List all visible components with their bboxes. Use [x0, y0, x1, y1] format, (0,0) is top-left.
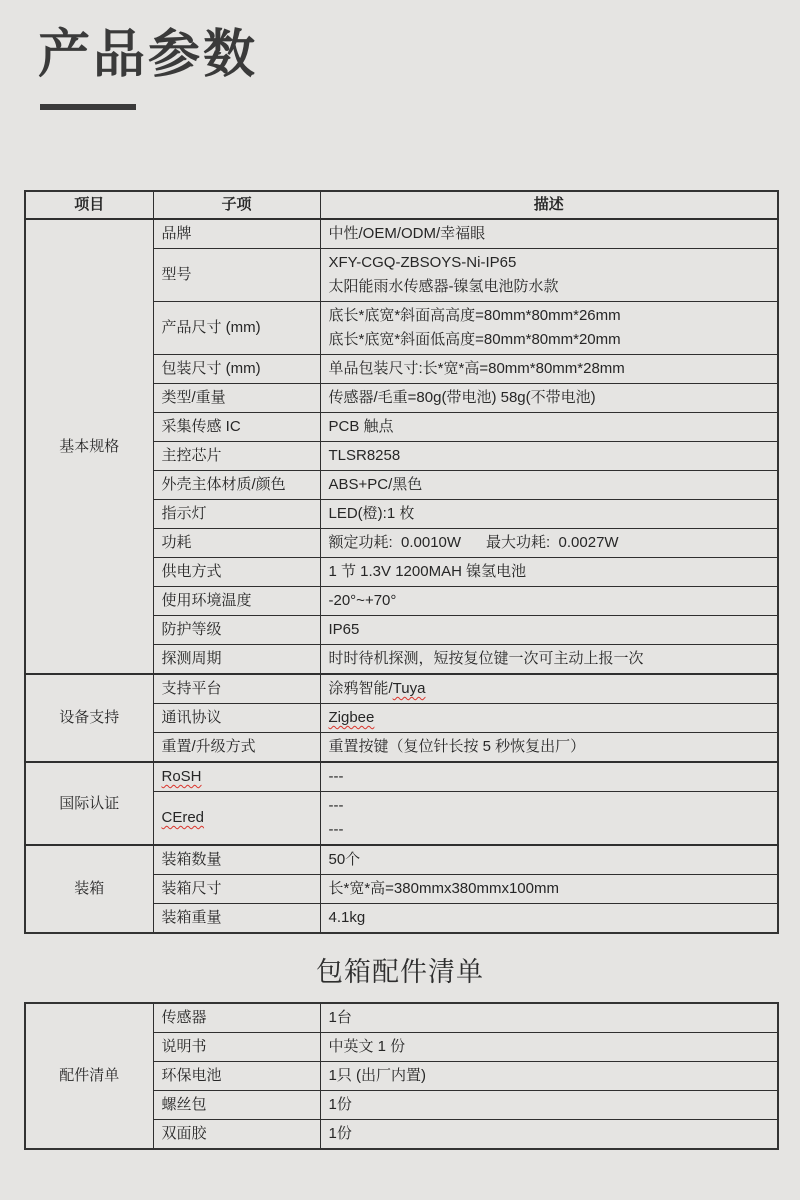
accessory-qty: 1台 [320, 1003, 778, 1033]
table-row: 配件清单 传感器 1台 [25, 1003, 778, 1033]
spec-subitem: 探测周期 [153, 645, 320, 675]
spec-subitem: 重置/升级方式 [153, 733, 320, 763]
spec-subitem: 装箱重量 [153, 904, 320, 934]
table-row: 装箱 装箱数量 50个 [25, 845, 778, 875]
accessory-name: 说明书 [153, 1033, 320, 1062]
spellcheck-word: Tuya [393, 680, 426, 697]
spec-desc: 长*宽*高=380mmx380mmx100mm [320, 875, 778, 904]
table-row: 基本规格 品牌 中性/OEM/ODM/幸福眼 [25, 219, 778, 249]
accessory-name: 螺丝包 [153, 1091, 320, 1120]
spec-header-row: 项目 子项 描述 [25, 191, 778, 219]
spec-desc: 底长*底宽*斜面高高度=80mm*80mm*26mm 底长*底宽*斜面低高度=8… [320, 302, 778, 355]
desc-text: 涂鸦智能/ [329, 680, 393, 697]
spec-desc: 传感器/毛重=80g(带电池) 58g(不带电池) [320, 384, 778, 413]
table-row: 设备支持 支持平台 涂鸦智能/Tuya [25, 674, 778, 704]
spec-desc: --- --- [320, 792, 778, 846]
spec-subitem: CEred [153, 792, 320, 846]
accessory-qty: 1份 [320, 1091, 778, 1120]
spec-desc: -20°~+70° [320, 587, 778, 616]
spec-desc: PCB 触点 [320, 413, 778, 442]
accessories-section-title: 包箱配件清单 [0, 956, 800, 988]
spec-desc: 单品包装尺寸:长*宽*高=80mm*80mm*28mm [320, 355, 778, 384]
spec-desc: 1 节 1.3V 1200MAH 镍氢电池 [320, 558, 778, 587]
spec-subitem: 使用环境温度 [153, 587, 320, 616]
spec-subitem: 装箱数量 [153, 845, 320, 875]
accessory-name: 传感器 [153, 1003, 320, 1033]
spec-subitem: 类型/重量 [153, 384, 320, 413]
col-header-subitem: 子项 [153, 191, 320, 219]
spec-subitem: 支持平台 [153, 674, 320, 704]
spec-subitem: RoSH [153, 762, 320, 792]
accessory-qty: 1份 [320, 1120, 778, 1150]
accessories-table: 配件清单 传感器 1台 说明书 中英文 1 份 环保电池 1只 (出厂内置) 螺… [24, 1002, 779, 1150]
group-label-accessories: 配件清单 [25, 1003, 153, 1149]
spellcheck-word: Zigbee [329, 709, 375, 726]
spec-subitem: 指示灯 [153, 500, 320, 529]
spec-desc: TLSR8258 [320, 442, 778, 471]
spec-desc: 时时待机探测，短按复位键一次可主动上报一次 [320, 645, 778, 675]
spec-subitem: 包装尺寸 (mm) [153, 355, 320, 384]
spec-desc: ABS+PC/黑色 [320, 471, 778, 500]
spec-desc: Zigbee [320, 704, 778, 733]
group-label-device-support: 设备支持 [25, 674, 153, 762]
spec-subitem: 功耗 [153, 529, 320, 558]
accessory-name: 双面胶 [153, 1120, 320, 1150]
product-parameters-page: 产品参数 项目 子项 描述 基本规格 品牌 中性/OEM/ODM/幸福眼 型号 … [0, 0, 800, 1200]
spellcheck-word: RoSH [162, 768, 202, 785]
spec-subitem: 外壳主体材质/颜色 [153, 471, 320, 500]
col-header-item: 项目 [25, 191, 153, 219]
title-underline [40, 104, 136, 110]
spec-desc: LED(橙):1 枚 [320, 500, 778, 529]
spec-subitem: 产品尺寸 (mm) [153, 302, 320, 355]
accessory-qty: 1只 (出厂内置) [320, 1062, 778, 1091]
spec-desc: --- [320, 762, 778, 792]
spec-subitem: 防护等级 [153, 616, 320, 645]
product-spec-table: 项目 子项 描述 基本规格 品牌 中性/OEM/ODM/幸福眼 型号 XFY-C… [24, 190, 779, 934]
spec-desc: IP65 [320, 616, 778, 645]
spellcheck-word: CEred [162, 809, 205, 826]
spec-desc: 中性/OEM/ODM/幸福眼 [320, 219, 778, 249]
spec-desc: XFY-CGQ-ZBSOYS-Ni-IP65 太阳能雨水传感器-镍氢电池防水款 [320, 249, 778, 302]
spec-subitem: 采集传感 IC [153, 413, 320, 442]
spec-subitem: 通讯协议 [153, 704, 320, 733]
table-row: 国际认证 RoSH --- [25, 762, 778, 792]
spec-desc: 涂鸦智能/Tuya [320, 674, 778, 704]
spec-subitem: 装箱尺寸 [153, 875, 320, 904]
group-label-packing: 装箱 [25, 845, 153, 933]
accessory-name: 环保电池 [153, 1062, 320, 1091]
spec-desc: 额定功耗: 0.0010W 最大功耗: 0.0027W [320, 529, 778, 558]
group-label-certifications: 国际认证 [25, 762, 153, 845]
spec-subitem: 主控芯片 [153, 442, 320, 471]
spec-subitem: 品牌 [153, 219, 320, 249]
page-title: 产品参数 [0, 0, 800, 86]
accessory-qty: 中英文 1 份 [320, 1033, 778, 1062]
spec-desc: 4.1kg [320, 904, 778, 934]
col-header-description: 描述 [320, 191, 778, 219]
spec-desc: 50个 [320, 845, 778, 875]
spec-desc: 重置按键（复位针长按 5 秒恢复出厂） [320, 733, 778, 763]
spec-subitem: 供电方式 [153, 558, 320, 587]
group-label-basic-specs: 基本规格 [25, 219, 153, 674]
spec-subitem: 型号 [153, 249, 320, 302]
